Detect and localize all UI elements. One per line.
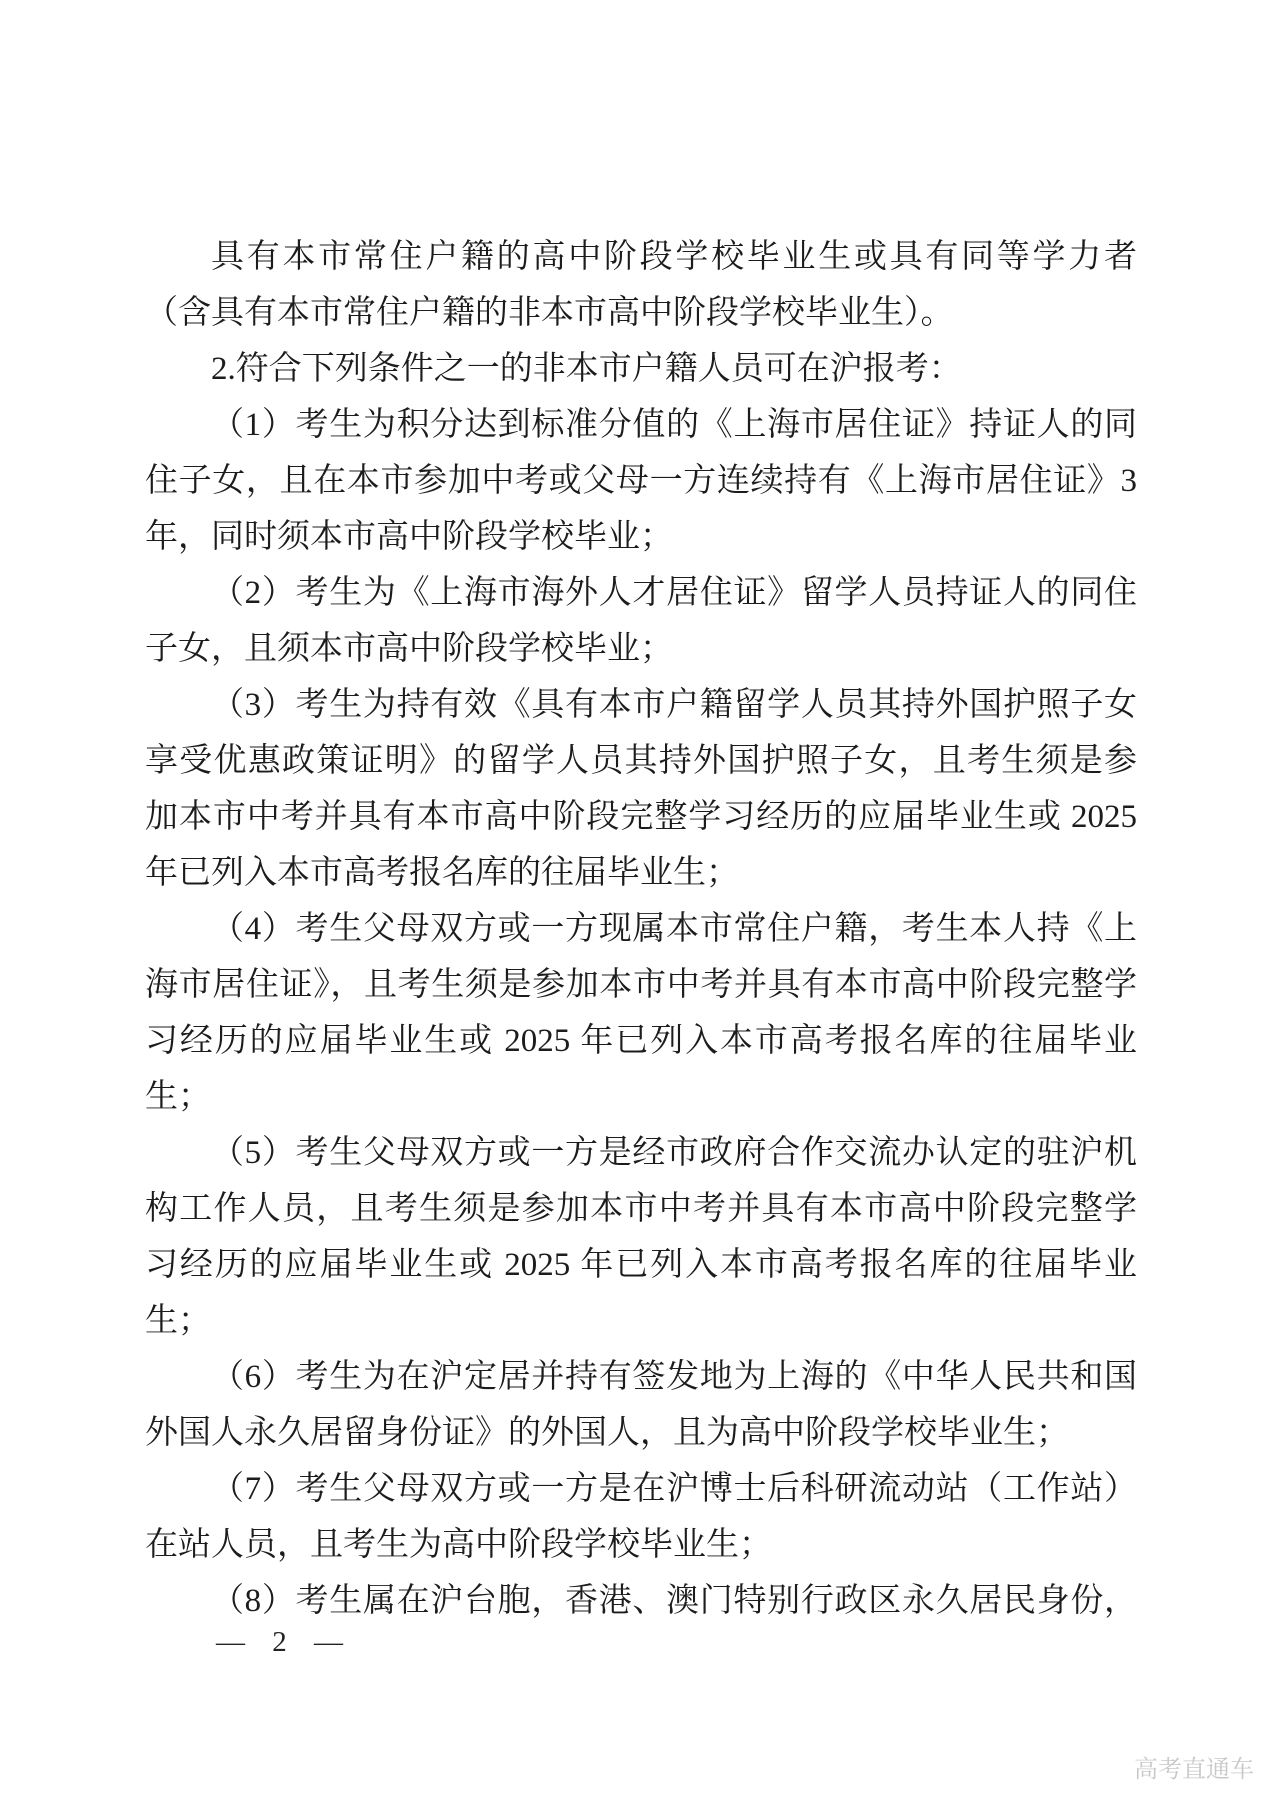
text-line: （3）考生为持有效《具有本市户籍留学人员其持外国护照子女 — [145, 677, 1137, 733]
text-line: （4）考生父母双方或一方现属本市常住户籍，考生本人持《上 — [145, 901, 1137, 957]
text-line: （1）考生为积分达到标准分值的《上海市居住证》持证人的同 — [145, 397, 1137, 453]
page: { "document": { "lines": [ "具有本市常住户籍的高中阶… — [0, 0, 1280, 1810]
text-line: 年已列入本市高考报名库的往届毕业生； — [145, 845, 1137, 901]
page-number: — 2 — — [216, 1626, 343, 1658]
text-line: （含具有本市常住户籍的非本市高中阶段学校毕业生）。 — [145, 285, 1137, 341]
text-line: 习经历的应届毕业生或 2025 年已列入本市高考报名库的往届毕业 — [145, 1237, 1137, 1293]
text-line: （7）考生父母双方或一方是在沪博士后科研流动站（工作站） — [145, 1461, 1137, 1517]
text-line: （2）考生为《上海市海外人才居住证》留学人员持证人的同住 — [145, 565, 1137, 621]
text-line: 具有本市常住户籍的高中阶段学校毕业生或具有同等学力者 — [145, 229, 1137, 285]
text-line: 享受优惠政策证明》的留学人员其持外国护照子女，且考生须是参 — [145, 733, 1137, 789]
text-line: 住子女，且在本市参加中考或父母一方连续持有《上海市居住证》3 — [145, 453, 1137, 509]
document-body: 具有本市常住户籍的高中阶段学校毕业生或具有同等学力者 （含具有本市常住户籍的非本… — [145, 229, 1137, 1629]
text-line: （6）考生为在沪定居并持有签发地为上海的《中华人民共和国 — [145, 1349, 1137, 1405]
text-line: 海市居住证》，且考生须是参加本市中考并具有本市高中阶段完整学 — [145, 957, 1137, 1013]
text-line: （8）考生属在沪台胞，香港、澳门特别行政区永久居民身份， — [145, 1573, 1137, 1629]
text-line: 年，同时须本市高中阶段学校毕业； — [145, 509, 1137, 565]
text-line: 构工作人员，且考生须是参加本市中考并具有本市高中阶段完整学 — [145, 1181, 1137, 1237]
text-line: 习经历的应届毕业生或 2025 年已列入本市高考报名库的往届毕业 — [145, 1013, 1137, 1069]
text-line: 生； — [145, 1069, 1137, 1125]
text-line: 子女，且须本市高中阶段学校毕业； — [145, 621, 1137, 677]
text-line: 2.符合下列条件之一的非本市户籍人员可在沪报考： — [145, 341, 1137, 397]
watermark-text: 高考直通车 — [1134, 1757, 1254, 1783]
text-line: 外国人永久居留身份证》的外国人，且为高中阶段学校毕业生； — [145, 1405, 1137, 1461]
text-line: 生； — [145, 1293, 1137, 1349]
text-line: 在站人员，且考生为高中阶段学校毕业生； — [145, 1517, 1137, 1573]
text-line: （5）考生父母双方或一方是经市政府合作交流办认定的驻沪机 — [145, 1125, 1137, 1181]
text-line: 加本市中考并具有本市高中阶段完整学习经历的应届毕业生或 2025 — [145, 789, 1137, 845]
